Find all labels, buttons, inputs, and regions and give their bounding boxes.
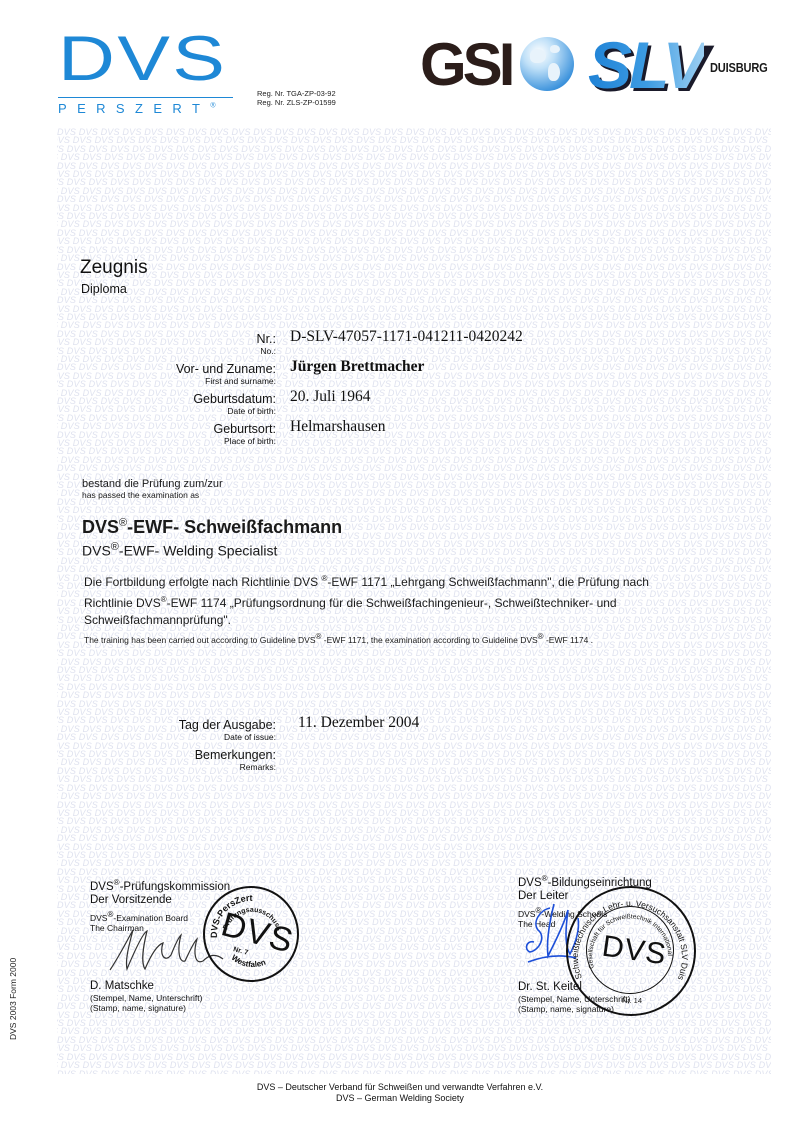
qual-suffix: -EWF- Welding Specialist (119, 543, 277, 559)
logo-divider (58, 97, 233, 98)
org-prefix: DVS (90, 881, 114, 893)
issue-label-en: Date of issue: (179, 732, 276, 742)
field-label-en: Place of birth: (213, 436, 276, 446)
passed-text-en: has passed the examination as (82, 490, 199, 500)
stamp-slv-duisburg: Schweißtechnische Lehr- u. Versuchsansta… (566, 886, 696, 1016)
perszert-text: PERSZERT® (58, 101, 233, 116)
registered-mark: ® (119, 517, 127, 529)
slv-logo-text: SLV (588, 33, 704, 97)
remarks-label-en: Remarks: (195, 762, 276, 772)
duisburg-text: DUISBURG (710, 60, 768, 75)
passed-text-de: bestand die Prüfung zum/zur (82, 478, 223, 490)
birth-date: 20. Juli 1964 (290, 388, 371, 406)
registration-tga: Reg. Nr. TGA-ZP-03-92 (257, 89, 336, 98)
registered-mark: ® (111, 541, 119, 553)
training-paragraph-en: The training has been carried out accord… (84, 632, 744, 645)
qual-prefix: DVS (82, 543, 111, 559)
signatory-name: D. Matschke (90, 980, 230, 993)
qualification-title-en: DVS®-EWF- Welding Specialist (82, 541, 277, 559)
para-text: Schweißfachmannprüfung". (84, 612, 704, 629)
field-label-de: Geburtsort: (213, 422, 276, 436)
form-number-side-text: DVS 2003 Form 2000 (8, 958, 18, 1040)
field-label-de: Nr.: (257, 332, 276, 346)
para-text: Die Fortbildung erfolgte nach Richtlinie… (84, 575, 321, 589)
org-en-suffix: -Examination Board (113, 913, 188, 923)
field-label-en: Date of birth: (193, 406, 276, 416)
document-title-en: Diploma (81, 282, 127, 296)
birth-place: Helmarshausen (290, 418, 386, 436)
remarks-label-de: Bemerkungen: (195, 748, 276, 762)
document-title: Zeugnis (80, 257, 148, 279)
footer-line-de: DVS – Deutscher Verband für Schweißen un… (0, 1082, 800, 1093)
certificate-number: D-SLV-47057-1171-041211-0420242 (290, 328, 523, 346)
signature-note-en: (Stamp, name, signature) (90, 1003, 230, 1013)
qual-suffix: -EWF- Schweißfachmann (127, 517, 342, 537)
signature-note-de: (Stempel, Name, Unterschrift) (90, 993, 230, 1003)
org-en-prefix: DVS (90, 913, 107, 923)
registration-zls: Reg. Nr. ZLS-ZP-01599 (257, 98, 336, 107)
dvs-logo-text: DVS (58, 32, 277, 87)
globe-icon (520, 37, 574, 91)
dvs-perszert-logo: DVS PERSZERT® (58, 32, 233, 116)
qualification-title: DVS®-EWF- Schweißfachmann (82, 517, 342, 538)
para-text: -EWF 1171 „Lehrgang Schweißfachmann", di… (327, 575, 649, 589)
footer-line-en: DVS – German Welding Society (0, 1093, 800, 1104)
para-text: Richtlinie DVS (84, 596, 161, 610)
issue-date: 11. Dezember 2004 (298, 714, 419, 732)
para-text: The training has been carried out accord… (84, 635, 316, 645)
holder-name: Jürgen Brettmacher (290, 358, 424, 376)
stamp-dvs-perszert: DVS-PersZert Prüfungsausschuss Westfalen… (203, 886, 299, 982)
field-label-en: No.: (257, 346, 276, 356)
registered-mark: ® (210, 103, 215, 110)
field-label-de: Geburtsdatum: (193, 392, 276, 406)
field-label-en: First and surname: (176, 376, 276, 386)
para-text: -EWF 1174 „Prüfungsordnung für die Schwe… (167, 596, 617, 610)
gsi-slv-duisburg-logo: GSI SLV SLV DUISBURG (420, 35, 790, 95)
para-text: -EWF 1171, the examination according to … (321, 635, 537, 645)
para-text: -EWF 1174 . (544, 635, 593, 645)
issue-label-de: Tag der Ausgabe: (179, 718, 276, 732)
org-prefix: DVS (518, 877, 542, 889)
qual-prefix: DVS (82, 517, 119, 537)
gsi-logo-text: GSI (420, 35, 511, 95)
footer: DVS – Deutscher Verband für Schweißen un… (0, 1082, 800, 1104)
stamp-number: Nr. 14 (622, 996, 642, 1005)
field-label-de: Vor- und Zuname: (176, 362, 276, 376)
training-paragraph-de: Die Fortbildung erfolgte nach Richtlinie… (84, 570, 704, 629)
svg-text:Westfalen: Westfalen (230, 953, 267, 969)
registration-numbers: Reg. Nr. TGA-ZP-03-92 Reg. Nr. ZLS-ZP-01… (257, 89, 336, 107)
perszert-label: PERSZERT (58, 101, 210, 116)
